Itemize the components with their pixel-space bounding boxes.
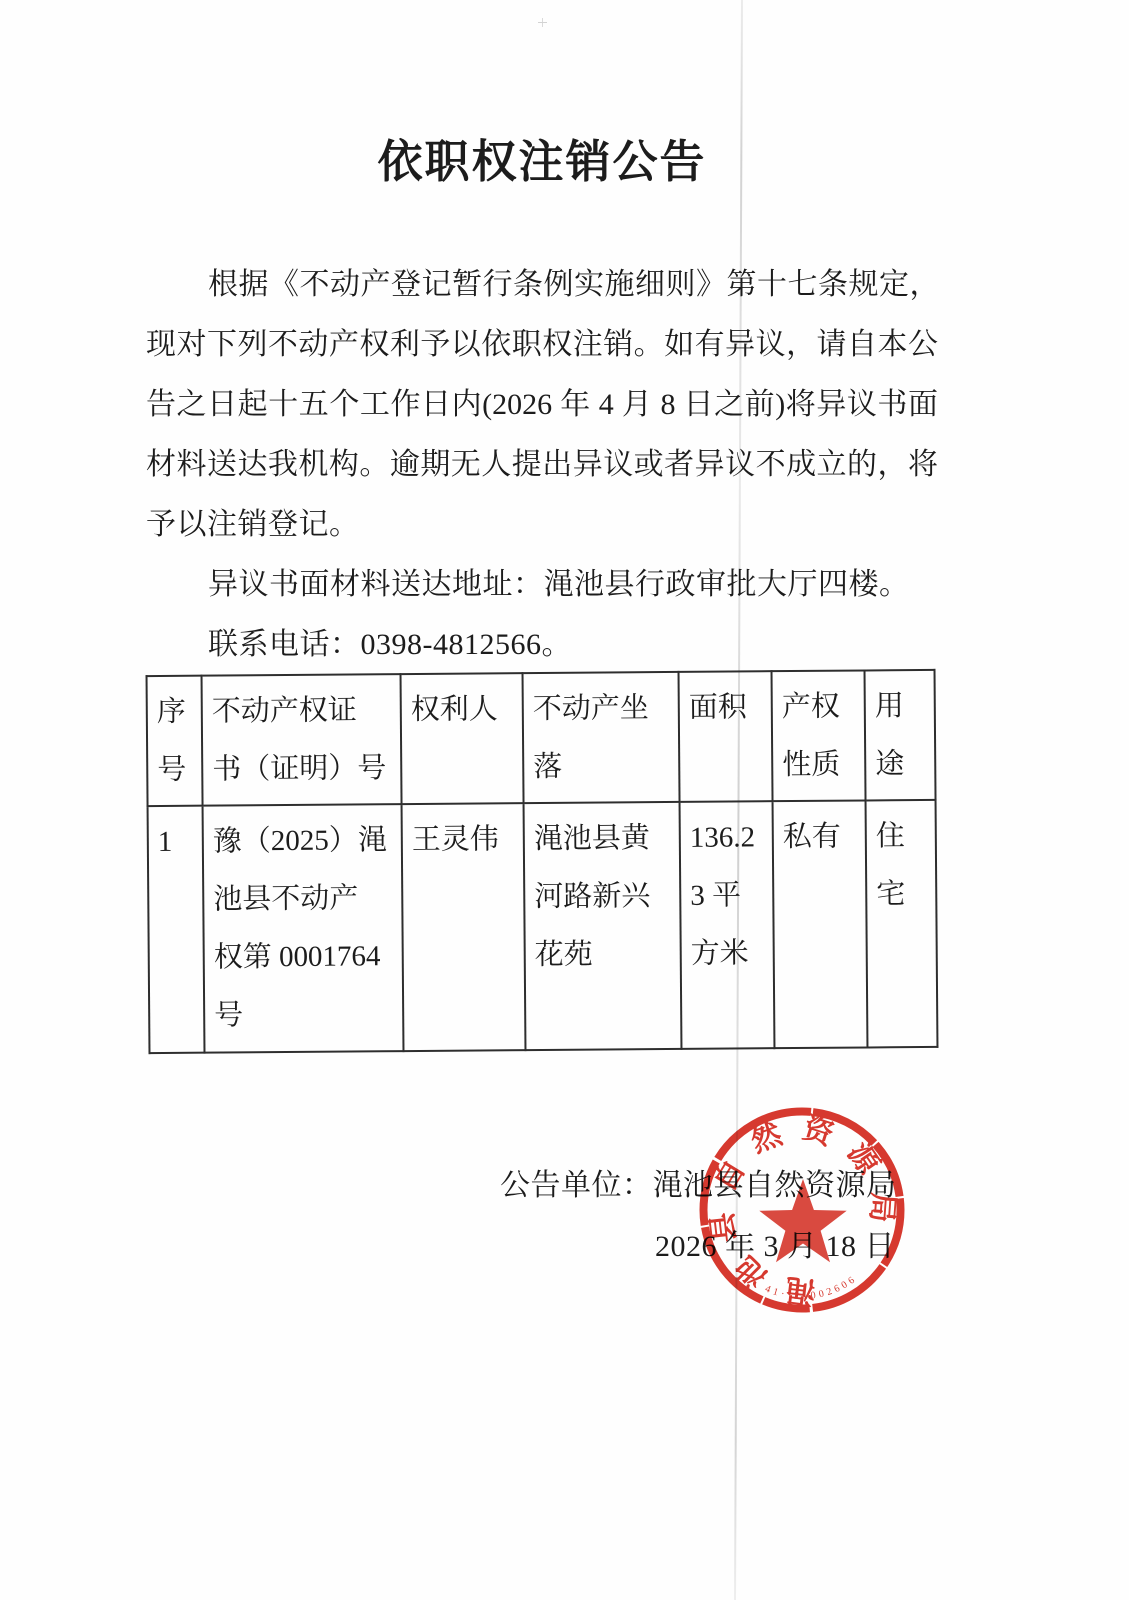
table-row: 1 豫（2025）渑 池县不动产 权第 0001764 号 王灵伟 渑池县黄 河… [148,800,938,1053]
address-line: 异议书面材料送达地址：渑池县行政审批大厅四楼。 [146,555,938,615]
header-serial: 序 号 [147,676,203,806]
cell-holder: 王灵伟 [402,803,526,1051]
header-location: 不动产坐 落 [523,672,680,803]
phone-line: 联系电话：0398-4812566。 [146,615,938,675]
paragraph-line: 现对下列不动产权利予以依职权注销。如有异议，请自本公 [146,315,938,375]
page-title: 依职权注销公告 [147,137,937,187]
seal-star-icon [759,1179,846,1262]
header-ownership: 产权 性质 [772,670,866,801]
header-usage: 用途 [865,670,936,801]
paragraph-line: 予以注销登记。 [146,495,938,555]
paragraph-line: 告之日起十五个工作日内(2026 年 4 月 8 日之前)将异议书面 [146,375,938,435]
notice-body: 根据《不动产登记暂行条例实施细则》第十七条规定， 现对下列不动产权利予以依职权注… [146,255,938,675]
header-holder: 权利人 [401,673,524,804]
document-page: 依职权注销公告 根据《不动产登记暂行条例实施细则》第十七条规定， 现对下列不动产… [0,0,1129,1600]
header-area: 面积 [679,671,773,802]
scan-speck [538,18,547,27]
cell-certificate: 豫（2025）渑 池县不动产 权第 0001764 号 [203,804,404,1053]
cell-usage: 住宅 [866,800,938,1048]
table-header-row: 序 号 不动产权证 书（证明）号 权利人 不动产坐 落 面积 产权 性质 用途 [147,670,936,806]
cell-ownership: 私有 [773,800,868,1048]
notice-table: 序 号 不动产权证 书（证明）号 权利人 不动产坐 落 面积 产权 性质 用途 … [146,669,939,1054]
cell-serial: 1 [148,806,205,1053]
cell-area: 136.2 3 平 方米 [680,801,775,1049]
official-seal: 渑池县自然资源局 41··21002606 [695,1103,909,1317]
header-certificate: 不动产权证 书（证明）号 [202,674,402,806]
paragraph-line: 根据《不动产登记暂行条例实施细则》第十七条规定， [146,255,938,315]
cell-location: 渑池县黄 河路新兴 花苑 [524,802,682,1050]
paragraph-line: 材料送达我机构。逾期无人提出异议或者异议不成立的，将 [146,435,938,495]
